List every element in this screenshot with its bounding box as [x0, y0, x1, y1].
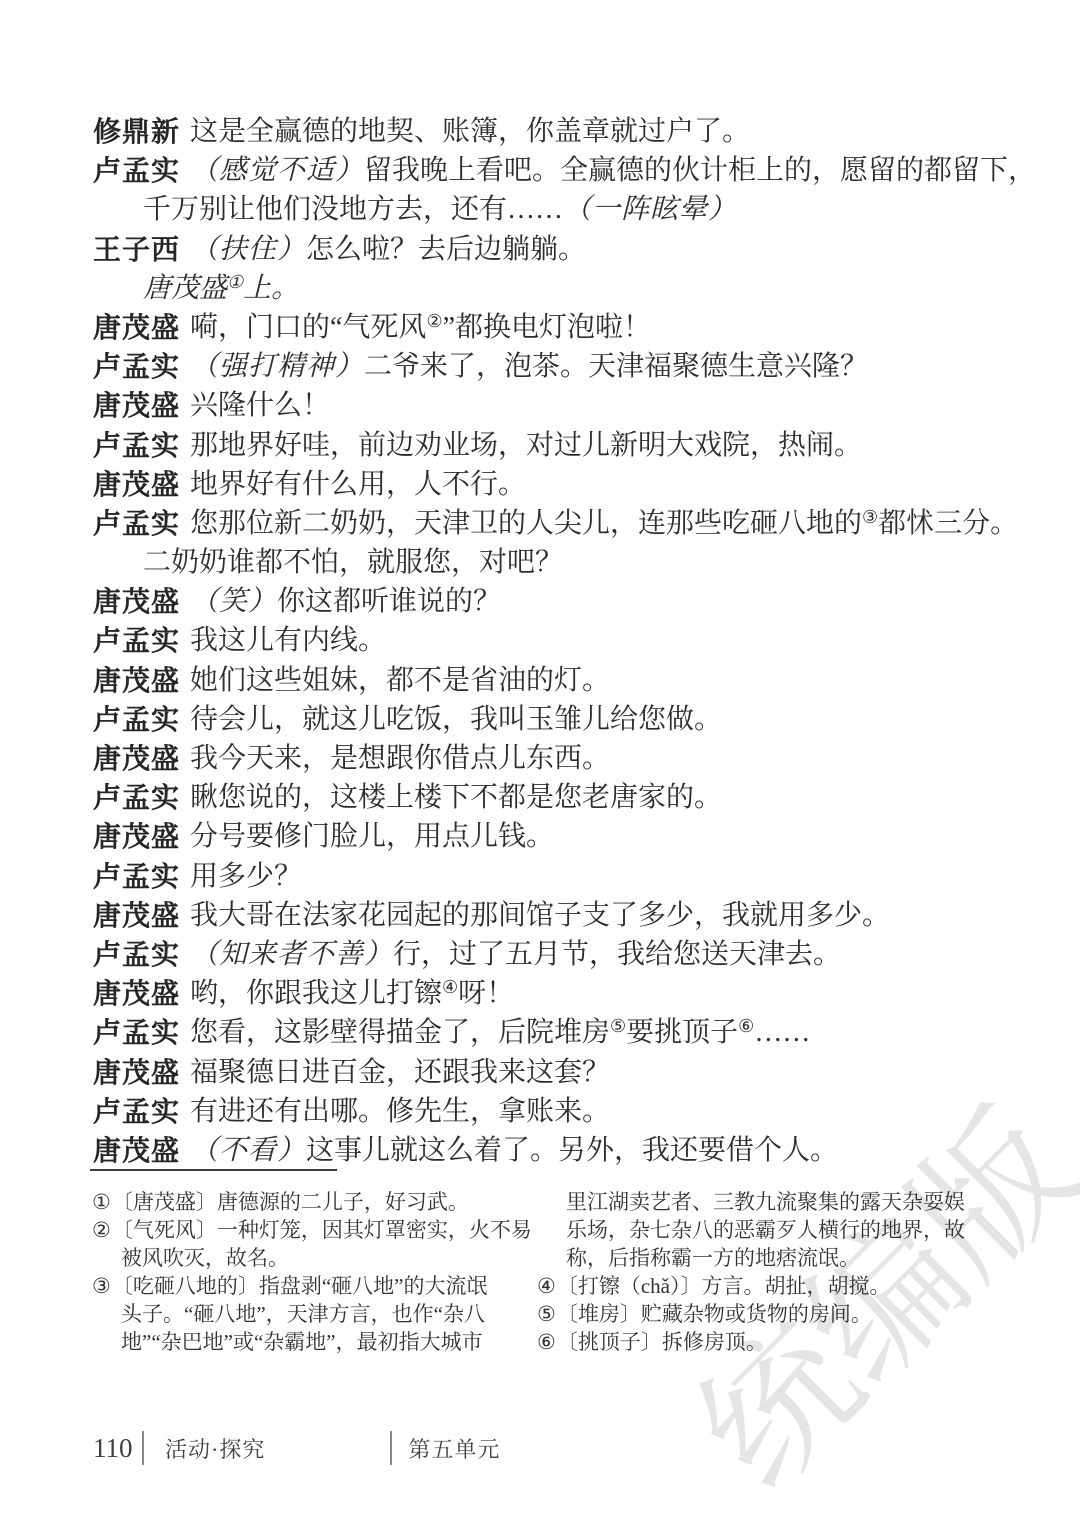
speaker-name: 唐茂盛 — [93, 661, 190, 700]
speaker-name: 卢孟实 — [93, 857, 190, 896]
speaker-name: 唐茂盛 — [93, 1131, 190, 1170]
text-segment: 嗬，门口的“气死风 — [190, 312, 426, 343]
dialogue-line: 卢孟实您看，这影壁得描金了，后院堆房⑤要挑顶子⑥…… — [93, 1013, 1023, 1052]
text-segment: 你这都听谁说的？ — [277, 586, 501, 617]
text-segment: 用多少？ — [190, 861, 302, 892]
footnote-ref: ① — [227, 272, 243, 292]
line-text: 您看，这影壁得描金了，后院堆房⑤要挑顶子⑥…… — [190, 1013, 810, 1052]
dialogue-line: 卢孟实我这儿有内线。 — [93, 621, 1023, 660]
line-text: （笑）你这都听谁说的？ — [190, 582, 501, 621]
footnote-line: 被风吹灭，故名。 — [92, 1244, 544, 1272]
footnote-line: 地”“杂巴地”或“杂霸地”，最初指大城市 — [92, 1328, 544, 1356]
speaker-name: 唐茂盛 — [93, 582, 190, 621]
text-segment: 怎么啦？去后边躺躺。 — [306, 234, 586, 265]
dialogue-line: 卢孟实您那位新二奶奶，天津卫的人尖儿，连那些吃砸八地的③都怵三分。 — [93, 504, 1023, 543]
line-text: 分号要修门脸儿，用点儿钱。 — [190, 817, 554, 856]
speaker-name: 卢孟实 — [93, 426, 190, 465]
footnote-text: 地”“杂巴地”或“杂霸地”，最初指大城市 — [121, 1330, 483, 1354]
footnote-line: 称，后指称霸一方的地痞流氓。 — [537, 1244, 1027, 1272]
dialogue-line: 唐茂盛她们这些姐妹，都不是省油的灯。 — [93, 661, 1023, 700]
line-text: 这是全赢德的地契、账簿，你盖章就过户了。 — [190, 112, 750, 151]
footnote-ref: ② — [426, 311, 442, 331]
footnote-text: 〔打镲（chǎ）〕方言。胡扯，胡搅。 — [557, 1274, 891, 1298]
stage-direction-line: 唐茂盛①上。 — [93, 269, 1023, 308]
dialogue-line: 卢孟实瞅您说的，这楼上楼下不都是您老唐家的。 — [93, 778, 1023, 817]
line-text: 地界好有什么用，人不行。 — [190, 465, 526, 504]
footnotes-right-column: 里江湖卖艺者、三教九流聚集的露天杂耍娱乐场，杂七杂八的恶霸歹人横行的地界，故称，… — [537, 1188, 1027, 1356]
text-segment: 福聚德日进百金，还跟我来这套？ — [190, 1057, 610, 1088]
dialogue-line: 唐茂盛嗬，门口的“气死风②”都换电灯泡啦！ — [93, 308, 1023, 347]
text-segment: …… — [754, 1017, 810, 1048]
line-text: 待会儿，就这儿吃饭，我叫玉雏儿给您做。 — [190, 700, 722, 739]
line-text: 那地界好哇，前边劝业场，对过儿新明大戏院，热闹。 — [190, 426, 862, 465]
line-text: （扶住）怎么啦？去后边躺躺。 — [190, 230, 586, 269]
text-segment: 那地界好哇，前边劝业场，对过儿新明大戏院，热闹。 — [190, 430, 862, 461]
speaker-name: 唐茂盛 — [93, 896, 190, 935]
footnote-text: 〔挑顶子〕拆修房顶。 — [557, 1330, 767, 1354]
text-segment: 她们这些姐妹，都不是省油的灯。 — [190, 665, 610, 696]
text-segment: 待会儿，就这儿吃饭，我叫玉雏儿给您做。 — [190, 704, 722, 735]
footnote-line: ③〔吃砸八地的〕指盘剥“砸八地”的大流氓 — [92, 1272, 544, 1300]
footnote-text: 头子。“砸八地”，天津方言，也作“杂八 — [121, 1302, 485, 1326]
dialogue-line: 卢孟实有进还有出哪。修先生，拿账来。 — [93, 1092, 1023, 1131]
dialogue-continuation-line: 千万别让他们没地方去，还有……（一阵眩晕） — [93, 190, 1023, 229]
line-text: （强打精神）二爷来了，泡茶。天津福聚德生意兴隆？ — [190, 347, 868, 386]
speaker-name: 卢孟实 — [93, 700, 190, 739]
text-segment: 这是全赢德的地契、账簿，你盖章就过户了。 — [190, 116, 750, 147]
footnote-text: 称，后指称霸一方的地痞流氓。 — [566, 1246, 860, 1270]
text-segment: 上。 — [243, 273, 299, 304]
text-segment: 呀！ — [458, 978, 514, 1009]
text-segment: （扶住） — [190, 234, 306, 265]
line-text: （知来者不善）行，过了五月节，我给您送天津去。 — [190, 935, 841, 974]
dialogue-line: 唐茂盛地界好有什么用，人不行。 — [93, 465, 1023, 504]
line-text: 我大哥在法家花园起的那间馆子支了多少，我就用多少。 — [190, 896, 890, 935]
dialogue-line: 修鼎新这是全赢德的地契、账簿，你盖章就过户了。 — [93, 112, 1023, 151]
dialogue-line: 唐茂盛（笑）你这都听谁说的？ — [93, 582, 1023, 621]
line-text: （感觉不适）留我晚上看吧。全赢德的伙计柜上的，愿留的都留下， — [190, 151, 1036, 190]
footnote-number: ③ — [92, 1274, 111, 1298]
speaker-name: 卢孟实 — [93, 151, 190, 190]
speaker-name: 卢孟实 — [93, 621, 190, 660]
text-segment: 您那位新二奶奶，天津卫的人尖儿，连那些吃砸八地的 — [190, 508, 862, 539]
footer-section-label: 活动·探究 — [165, 1433, 265, 1464]
line-text: 她们这些姐妹，都不是省油的灯。 — [190, 661, 610, 700]
text-segment: （感觉不适） — [190, 155, 364, 186]
footnote-line: ⑥〔挑顶子〕拆修房顶。 — [537, 1328, 1027, 1356]
text-segment: 哟，你跟我这儿打镲 — [190, 978, 442, 1009]
footnote-line: ④〔打镲（chǎ）〕方言。胡扯，胡搅。 — [537, 1272, 1027, 1300]
text-segment: 有进还有出哪。修先生，拿账来。 — [190, 1096, 610, 1127]
text-segment: 二奶奶谁都不怕，就服您，对吧？ — [143, 547, 563, 578]
textbook-page: 修鼎新这是全赢德的地契、账簿，你盖章就过户了。卢孟实（感觉不适）留我晚上看吧。全… — [0, 0, 1080, 1526]
footnote-ref: ③ — [862, 507, 878, 527]
footnote-number: ⑥ — [537, 1330, 556, 1354]
text-segment: 留我晚上看吧。全赢德的伙计柜上的，愿留的都留下， — [364, 155, 1036, 186]
text-segment: （笑） — [190, 586, 277, 617]
speaker-name: 卢孟实 — [93, 504, 190, 543]
text-segment: ”都换电灯泡啦！ — [443, 312, 651, 343]
text-segment: 兴隆什么！ — [190, 390, 330, 421]
footnote-line: 乐场，杂七杂八的恶霸歹人横行的地界，故 — [537, 1216, 1027, 1244]
dialogue-line: 卢孟实（感觉不适）留我晚上看吧。全赢德的伙计柜上的，愿留的都留下， — [93, 151, 1023, 190]
speaker-name: 唐茂盛 — [93, 465, 190, 504]
speaker-name: 卢孟实 — [93, 935, 190, 974]
footer-divider-bar — [390, 1431, 392, 1465]
page-number: 110 — [93, 1433, 142, 1464]
text-segment: 您看，这影壁得描金了，后院堆房 — [190, 1017, 610, 1048]
dialogue-line: 卢孟实（强打精神）二爷来了，泡茶。天津福聚德生意兴隆？ — [93, 347, 1023, 386]
footnote-line: ②〔气死风〕一种灯笼，因其灯罩密实，火不易 — [92, 1216, 544, 1244]
dialogue-line: 唐茂盛（不看）这事儿就这么着了。另外，我还要借个人。 — [93, 1131, 1023, 1170]
line-text: 我今天来，是想跟你借点儿东西。 — [190, 739, 610, 778]
dialogue-line: 卢孟实（知来者不善）行，过了五月节，我给您送天津去。 — [93, 935, 1023, 974]
speaker-name: 唐茂盛 — [93, 308, 190, 347]
speaker-name: 唐茂盛 — [93, 817, 190, 856]
text-segment: 瞅您说的，这楼上楼下不都是您老唐家的。 — [190, 782, 722, 813]
play-script: 修鼎新这是全赢德的地契、账簿，你盖章就过户了。卢孟实（感觉不适）留我晚上看吧。全… — [93, 112, 1023, 1170]
line-text: 兴隆什么！ — [190, 386, 330, 425]
footnote-text: 乐场，杂七杂八的恶霸歹人横行的地界，故 — [566, 1218, 965, 1242]
text-segment: 地界好有什么用，人不行。 — [190, 469, 526, 500]
footnote-text: 〔唐茂盛〕唐德源的二儿子，好习武。 — [112, 1190, 469, 1214]
footnote-ref: ⑤ — [610, 1016, 626, 1036]
page-footer: 110 活动·探究 第五单元 — [93, 1428, 500, 1468]
line-text: 二奶奶谁都不怕，就服您，对吧？ — [143, 543, 563, 582]
text-segment: 我大哥在法家花园起的那间馆子支了多少，我就用多少。 — [190, 900, 890, 931]
footnote-text: 〔气死风〕一种灯笼，因其灯罩密实，火不易 — [112, 1218, 532, 1242]
dialogue-line: 唐茂盛福聚德日进百金，还跟我来这套？ — [93, 1053, 1023, 1092]
footnote-text: 〔堆房〕贮藏杂物或货物的房间。 — [557, 1302, 872, 1326]
speaker-name: 卢孟实 — [93, 347, 190, 386]
text-segment: 要挑顶子 — [626, 1017, 738, 1048]
dialogue-line: 唐茂盛哟，你跟我这儿打镲④呀！ — [93, 974, 1023, 1013]
text-segment: 行，过了五月节，我给您送天津去。 — [393, 939, 841, 970]
text-segment: （强打精神） — [190, 351, 364, 382]
footnote-text: 里江湖卖艺者、三教九流聚集的露天杂耍娱 — [566, 1190, 965, 1214]
text-segment: 我今天来，是想跟你借点儿东西。 — [190, 743, 610, 774]
footnote-number: ④ — [537, 1274, 556, 1298]
dialogue-line: 卢孟实待会儿，就这儿吃饭，我叫玉雏儿给您做。 — [93, 700, 1023, 739]
text-segment: 唐茂盛 — [143, 273, 227, 304]
dialogue-line: 唐茂盛我大哥在法家花园起的那间馆子支了多少，我就用多少。 — [93, 896, 1023, 935]
footnotes-left-column: ①〔唐茂盛〕唐德源的二儿子，好习武。②〔气死风〕一种灯笼，因其灯罩密实，火不易被… — [92, 1188, 544, 1356]
dialogue-continuation-line: 二奶奶谁都不怕，就服您，对吧？ — [93, 543, 1023, 582]
text-segment: 我这儿有内线。 — [190, 625, 386, 656]
speaker-name: 唐茂盛 — [93, 974, 190, 1013]
speaker-name: 唐茂盛 — [93, 1053, 190, 1092]
text-segment: （一阵眩晕） — [563, 194, 737, 225]
line-text: 您那位新二奶奶，天津卫的人尖儿，连那些吃砸八地的③都怵三分。 — [190, 504, 1018, 543]
text-segment: 千万别让他们没地方去，还有…… — [143, 194, 563, 225]
speaker-name: 修鼎新 — [93, 112, 190, 151]
speaker-name: 王子西 — [93, 230, 190, 269]
speaker-name: 唐茂盛 — [93, 386, 190, 425]
speaker-name: 卢孟实 — [93, 778, 190, 817]
line-text: （不看）这事儿就这么着了。另外，我还要借个人。 — [190, 1131, 838, 1170]
line-text: 用多少？ — [190, 857, 302, 896]
text-segment: 都怵三分。 — [878, 508, 1018, 539]
footnote-ref: ⑥ — [738, 1016, 754, 1036]
line-text: 福聚德日进百金，还跟我来这套？ — [190, 1053, 610, 1092]
footer-divider-bar — [142, 1431, 144, 1465]
speaker-name: 卢孟实 — [93, 1092, 190, 1131]
footer-unit-label: 第五单元 — [408, 1433, 500, 1464]
line-text: 有进还有出哪。修先生，拿账来。 — [190, 1092, 610, 1131]
speaker-name: 唐茂盛 — [93, 739, 190, 778]
footnote-line: ⑤〔堆房〕贮藏杂物或货物的房间。 — [537, 1300, 1027, 1328]
line-text: 我这儿有内线。 — [190, 621, 386, 660]
footnote-line: 头子。“砸八地”，天津方言，也作“杂八 — [92, 1300, 544, 1328]
footnote-text: 〔吃砸八地的〕指盘剥“砸八地”的大流氓 — [112, 1274, 488, 1298]
speaker-name: 卢孟实 — [93, 1013, 190, 1052]
dialogue-line: 卢孟实那地界好哇，前边劝业场，对过儿新明大戏院，热闹。 — [93, 426, 1023, 465]
line-text: 瞅您说的，这楼上楼下不都是您老唐家的。 — [190, 778, 722, 817]
footnote-line: 里江湖卖艺者、三教九流聚集的露天杂耍娱 — [537, 1188, 1027, 1216]
footnote-divider — [90, 1169, 337, 1171]
footnote-ref: ④ — [442, 977, 458, 997]
dialogue-line: 卢孟实用多少？ — [93, 857, 1023, 896]
text-segment: 这事儿就这么着了。另外，我还要借个人。 — [306, 1135, 838, 1166]
footnote-text: 被风吹灭，故名。 — [121, 1246, 289, 1270]
footnote-number: ① — [92, 1190, 111, 1214]
footnote-number: ② — [92, 1218, 111, 1242]
text-segment: （不看） — [190, 1135, 306, 1166]
dialogue-line: 唐茂盛兴隆什么！ — [93, 386, 1023, 425]
footnote-line: ①〔唐茂盛〕唐德源的二儿子，好习武。 — [92, 1188, 544, 1216]
footnote-number: ⑤ — [537, 1302, 556, 1326]
line-text: 嗬，门口的“气死风②”都换电灯泡啦！ — [190, 308, 651, 347]
line-text: 哟，你跟我这儿打镲④呀！ — [190, 974, 514, 1013]
dialogue-line: 唐茂盛我今天来，是想跟你借点儿东西。 — [93, 739, 1023, 778]
line-text: 唐茂盛①上。 — [143, 269, 299, 308]
line-text: 千万别让他们没地方去，还有……（一阵眩晕） — [143, 190, 737, 229]
text-segment: 二爷来了，泡茶。天津福聚德生意兴隆？ — [364, 351, 868, 382]
dialogue-line: 唐茂盛分号要修门脸儿，用点儿钱。 — [93, 817, 1023, 856]
dialogue-line: 王子西（扶住）怎么啦？去后边躺躺。 — [93, 230, 1023, 269]
text-segment: 分号要修门脸儿，用点儿钱。 — [190, 821, 554, 852]
text-segment: （知来者不善） — [190, 939, 393, 970]
